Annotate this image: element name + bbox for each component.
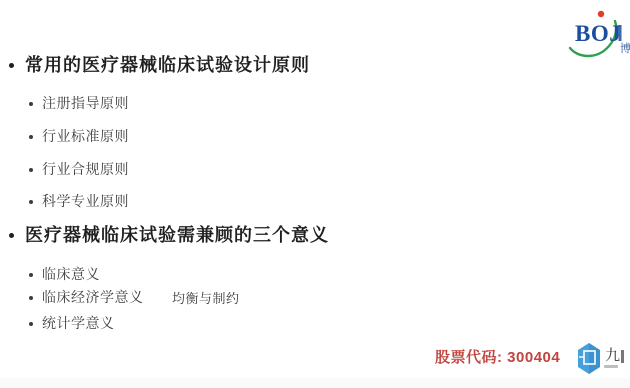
list-item: 行业标准原则 — [42, 129, 129, 144]
bullet-icon — [29, 135, 33, 139]
bullet-icon — [9, 63, 14, 68]
logo-red-dot-icon — [598, 11, 604, 17]
footer-logo — [576, 342, 602, 375]
bullet-icon — [29, 168, 33, 172]
company-logo: BOJ 博 — [563, 4, 630, 62]
bullet-icon — [9, 233, 14, 238]
logo-partial-char: 博 — [620, 40, 630, 56]
bullet-icon — [29, 102, 33, 106]
list-item: 行业合规原则 — [42, 162, 129, 177]
bullet-icon — [29, 296, 33, 300]
bullet-icon — [29, 273, 33, 277]
bullet-icon — [29, 322, 33, 326]
logo-text: BOJ — [575, 21, 621, 46]
list-item: 临床意义 — [42, 267, 100, 282]
footer-logo-char: 九 — [605, 348, 620, 364]
cube-logo-icon — [576, 342, 602, 375]
list-item: 科学专业原则 — [42, 194, 129, 209]
list-item: 注册指导原则 — [42, 96, 129, 111]
section-title: 常用的医疗器械临床试验设计原则 — [25, 55, 310, 75]
list-item: 统计学意义 — [42, 316, 115, 331]
list-item: 临床经济学意义 — [42, 290, 144, 305]
clipped-glyph-fragment — [621, 350, 624, 363]
side-note: 均衡与制约 — [172, 291, 240, 306]
bottom-strip — [0, 378, 630, 388]
stock-code-label: 股票代码: 300404 — [435, 349, 560, 367]
logo-clipped-letter — [619, 25, 622, 41]
footer-micro-text-bar — [604, 365, 618, 368]
bullet-icon — [29, 200, 33, 204]
section-title: 医疗器械临床试验需兼顾的三个意义 — [25, 225, 329, 245]
